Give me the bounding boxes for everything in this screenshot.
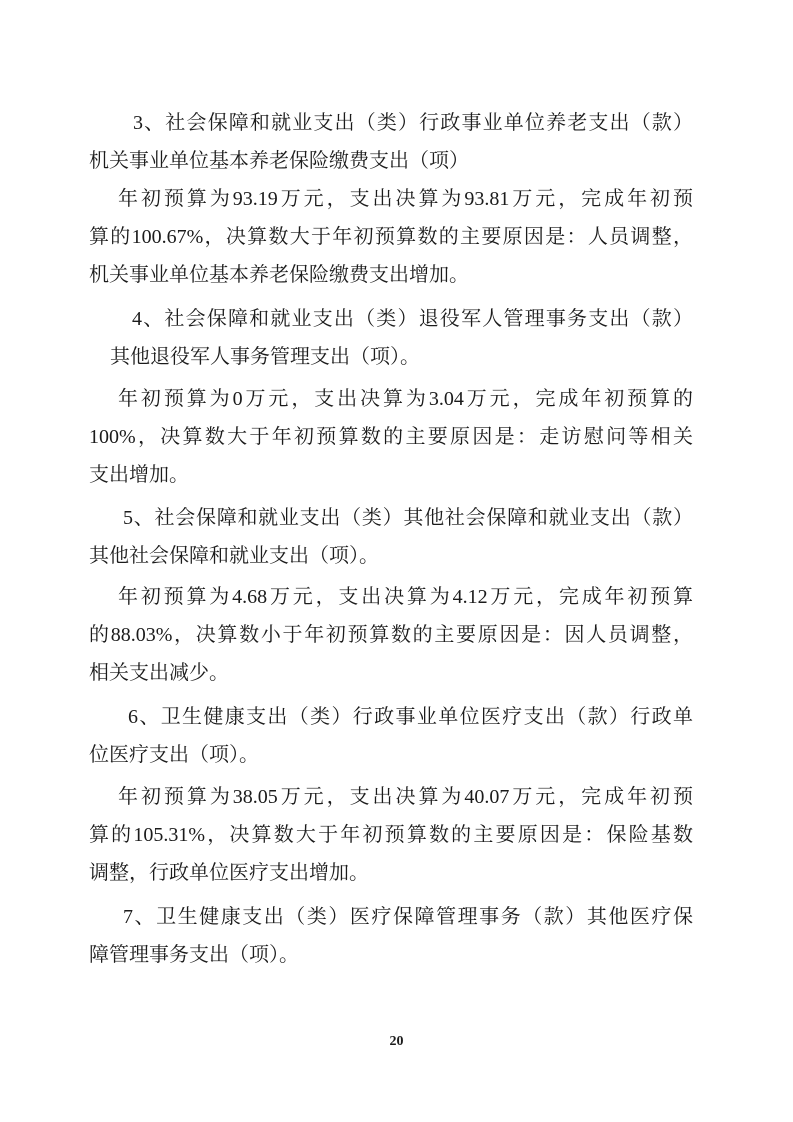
text-line: 机关事业单位基本养老保险缴费支出（项） bbox=[89, 142, 693, 180]
text-line: 7、卫生健康支出（类）医疗保障管理事务（款）其他医疗保 bbox=[89, 898, 693, 936]
text-line: 100%，决算数大于年初预算数的主要原因是：走访慰问等相关 bbox=[89, 418, 693, 456]
text-line: 算的105.31%，决算数大于年初预算数的主要原因是：保险基数 bbox=[89, 816, 693, 854]
text-line: 调整，行政单位医疗支出增加。 bbox=[89, 854, 693, 892]
text-line: 其他退役军人事务管理支出（项）。 bbox=[89, 338, 693, 376]
text-line: 年初预算为93.19万元，支出决算为93.81万元，完成年初预 bbox=[89, 180, 693, 218]
text-line: 位医疗支出（项）。 bbox=[89, 736, 693, 774]
text-line: 年初预算为4.68万元，支出决算为4.12万元，完成年初预算 bbox=[89, 578, 693, 616]
text-line: 支出增加。 bbox=[89, 456, 693, 494]
page-number: 20 bbox=[0, 1032, 793, 1052]
text-line: 机关事业单位基本养老保险缴费支出增加。 bbox=[89, 256, 693, 294]
text-line: 6、卫生健康支出（类）行政事业单位医疗支出（款）行政单 bbox=[89, 698, 693, 736]
document-page: 3、社会保障和就业支出（类）行政事业单位养老支出（款） 机关事业单位基本养老保险… bbox=[0, 0, 793, 1122]
text-line: 5、社会保障和就业支出（类）其他社会保障和就业支出（款） bbox=[89, 499, 693, 537]
text-line: 相关支出减少。 bbox=[89, 654, 693, 692]
text-line: 障管理事务支出（项）。 bbox=[89, 936, 693, 974]
text-line: 其他社会保障和就业支出（项）。 bbox=[89, 537, 693, 575]
document-body: 3、社会保障和就业支出（类）行政事业单位养老支出（款） 机关事业单位基本养老保险… bbox=[89, 104, 693, 974]
text-line: 年初预算为38.05万元，支出决算为40.07万元，完成年初预 bbox=[89, 778, 693, 816]
text-line: 4、社会保障和就业支出（类）退役军人管理事务支出（款） bbox=[89, 300, 693, 338]
text-line: 的88.03%，决算数小于年初预算数的主要原因是：因人员调整， bbox=[89, 616, 693, 654]
text-line: 算的100.67%，决算数大于年初预算数的主要原因是：人员调整， bbox=[89, 218, 693, 256]
text-line: 3、社会保障和就业支出（类）行政事业单位养老支出（款） bbox=[89, 104, 693, 142]
text-line: 年初预算为0万元，支出决算为3.04万元，完成年初预算的 bbox=[89, 380, 693, 418]
